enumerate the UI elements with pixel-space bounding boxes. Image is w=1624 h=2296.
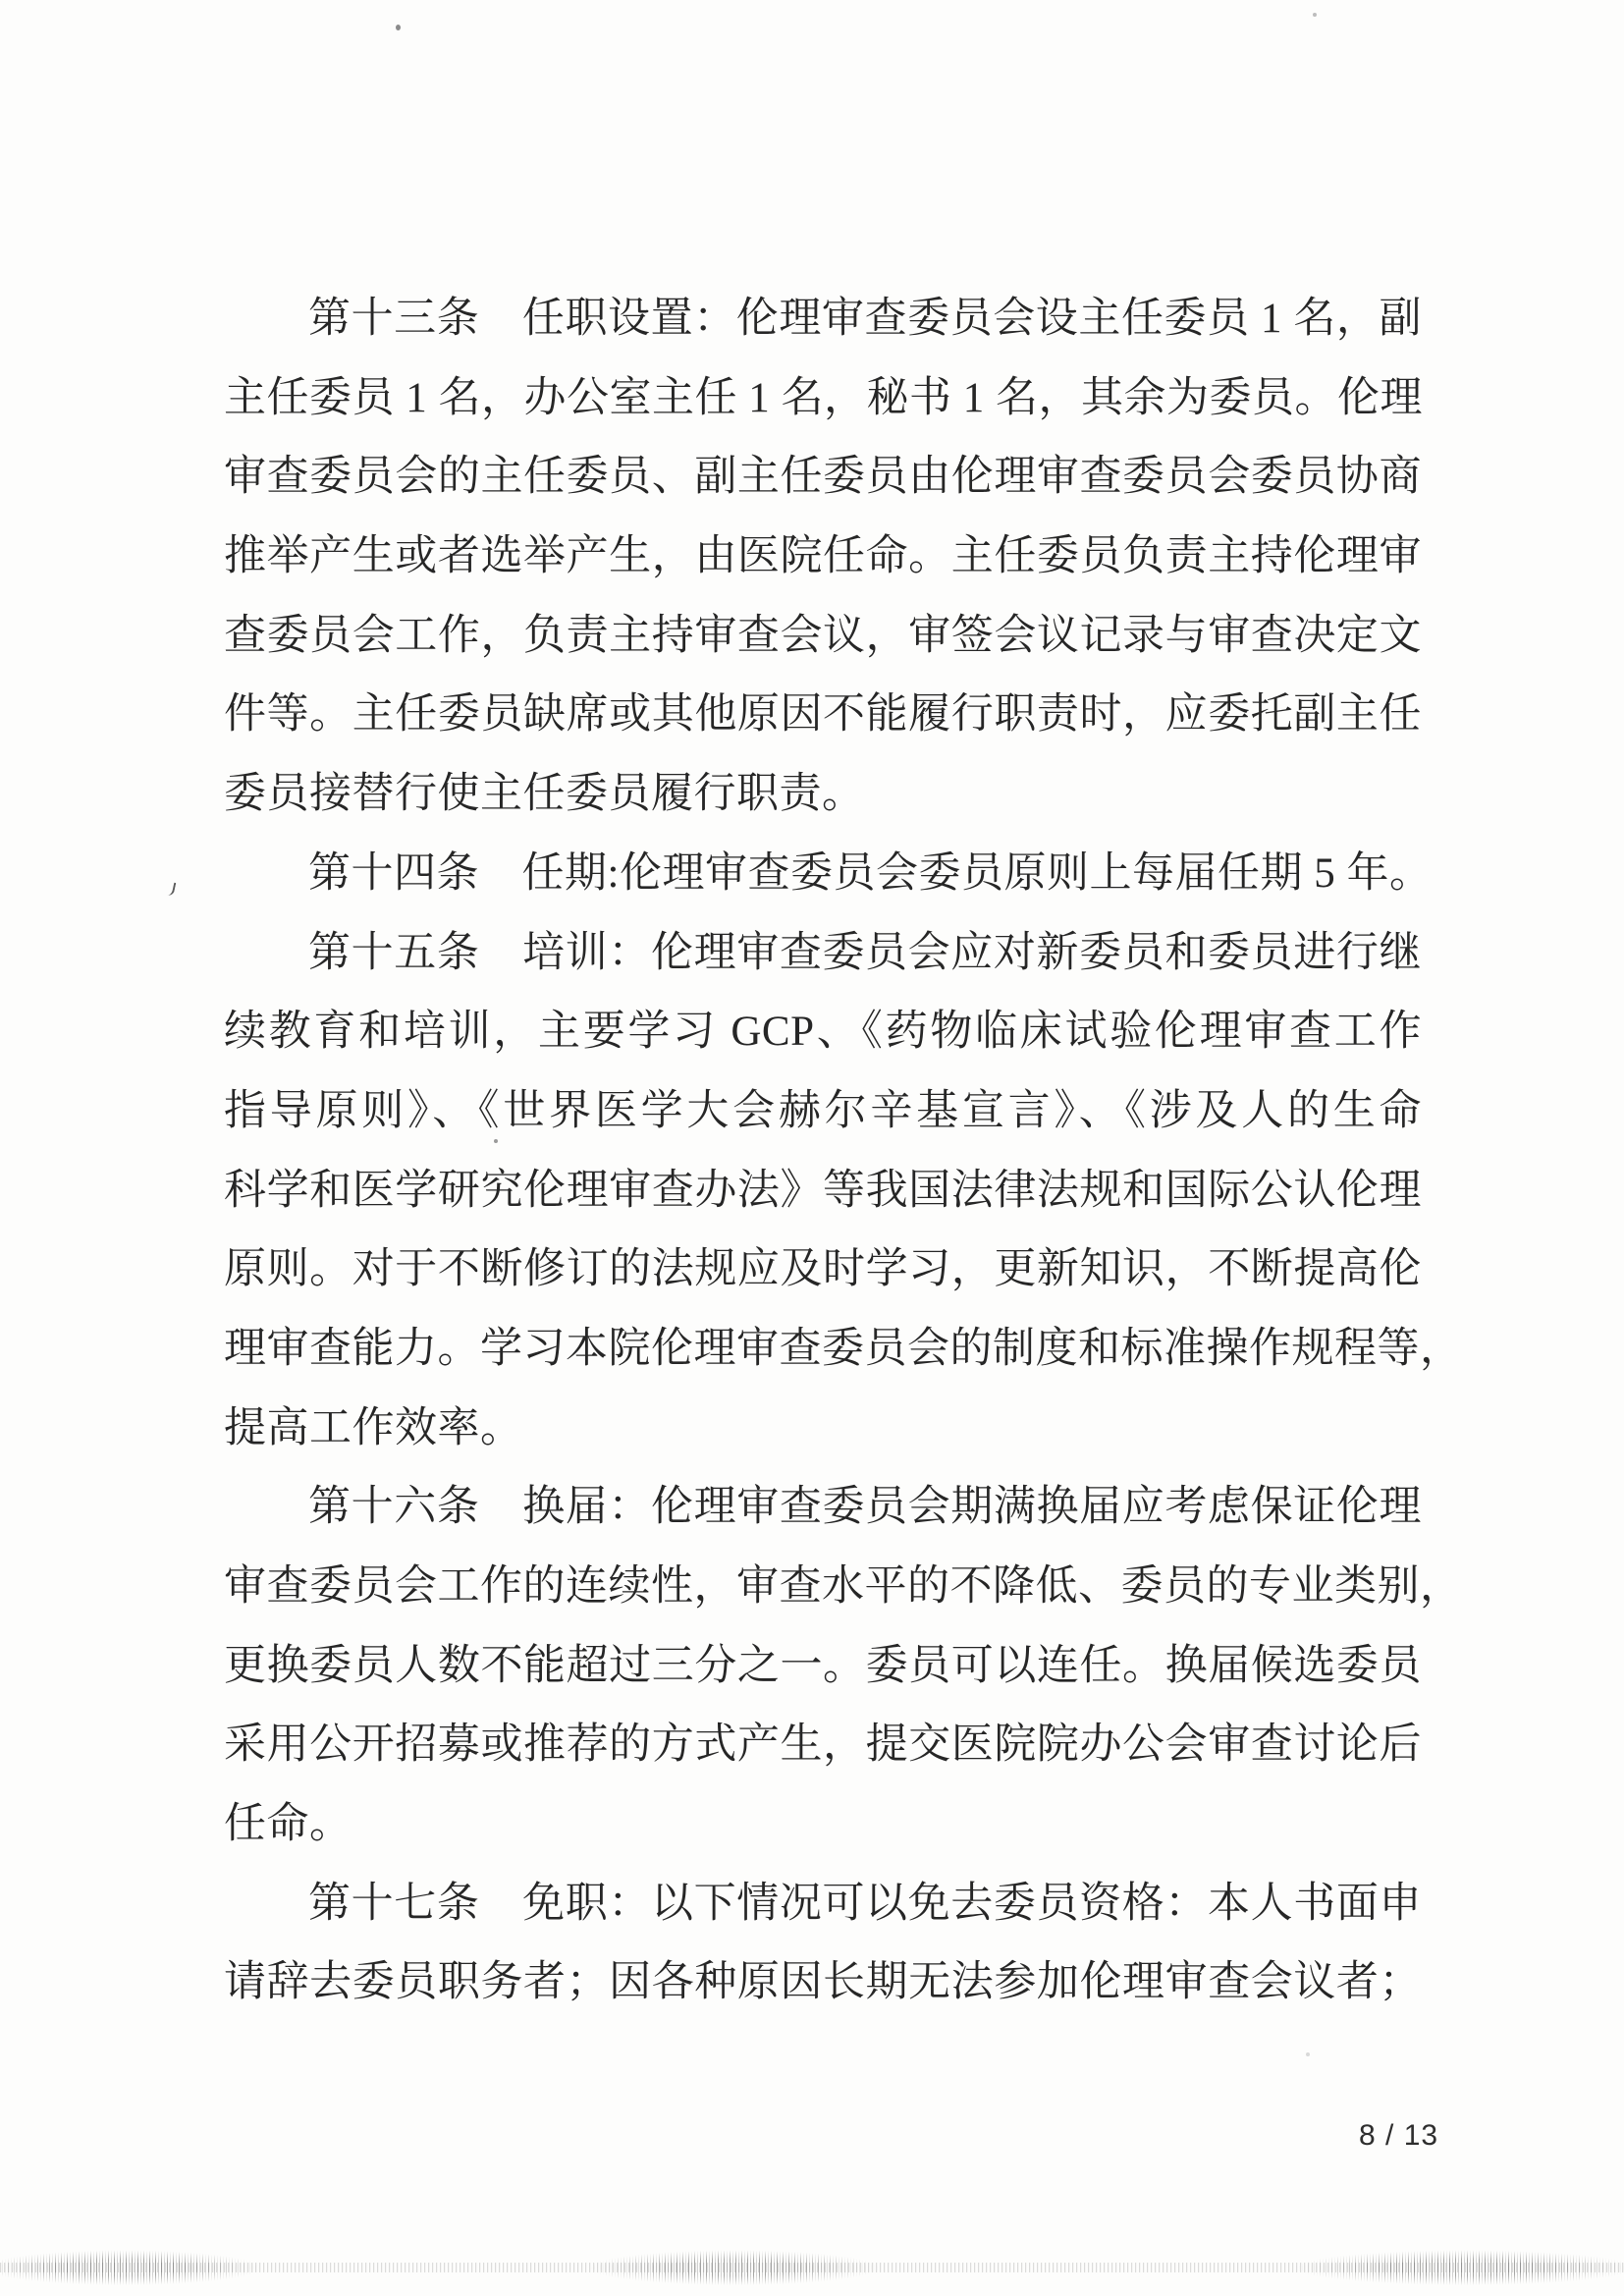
text-line: 更换委员人数不能超过三分之一。委员可以连任。换届候选委员 <box>224 1627 1422 1707</box>
text-line: 续教育和培训，主要学习 GCP、《药物临床试验伦理审查工作 <box>224 993 1422 1072</box>
scan-noise-band <box>0 2244 1624 2287</box>
document-body: 第十三条 任职设置：伦理审查委员会设主任委员 1 名，副 主任委员 1 名，办公… <box>224 280 1422 2023</box>
scan-noise-blob <box>565 2244 903 2287</box>
text-line: 主任委员 1 名，办公室主任 1 名，秘书 1 名，其余为委员。伦理 <box>224 359 1422 439</box>
text-line: 第十七条 免职：以下情况可以免去委员资格：本人书面申 <box>224 1865 1422 1944</box>
scan-noise-blob <box>0 2244 285 2287</box>
text-line: 第十四条 任期:伦理审查委员会委员原则上每届任期 5 年。 <box>224 835 1422 914</box>
text-line: 推举产生或者选举产生，由医院任命。主任委员负责主持伦理审 <box>224 518 1422 597</box>
scan-mark <box>166 881 177 896</box>
text-line: 审查委员会的主任委员、副主任委员由伦理审查委员会委员协商 <box>224 438 1422 518</box>
text-line: 理审查能力。学习本院伦理审查委员会的制度和标准操作规程等， <box>224 1310 1422 1390</box>
text-line: 查委员会工作，负责主持审查会议，审签会议记录与审查决定文 <box>224 597 1422 677</box>
scan-speck <box>396 25 401 30</box>
text-line: 采用公开招募或推荐的方式产生，提交医院院办公会审查讨论后 <box>224 1706 1422 1785</box>
text-line: 审查委员会工作的连续性，审查水平的不降低、委员的专业类别， <box>224 1548 1422 1627</box>
text-line: 第十三条 任职设置：伦理审查委员会设主任委员 1 名，副 <box>224 280 1422 359</box>
text-line: 任命。 <box>224 1785 1422 1865</box>
text-line: 件等。主任委员缺席或其他原因不能履行职责时，应委托副主任 <box>224 676 1422 755</box>
page-number: 8 / 13 <box>1359 2119 1438 2153</box>
text-line: 请辞去委员职务者；因各种原因长期无法参加伦理审查会议者； <box>224 1943 1422 2023</box>
scan-noise-blob <box>1267 2244 1624 2287</box>
text-line: 委员接替行使主任委员履行职责。 <box>224 755 1422 835</box>
scan-speck <box>1313 13 1317 17</box>
text-line: 提高工作效率。 <box>224 1390 1422 1469</box>
text-line: 第十六条 换届：伦理审查委员会期满换届应考虑保证伦理 <box>224 1468 1422 1548</box>
text-line: 第十五条 培训：伦理审查委员会应对新委员和委员进行继 <box>224 914 1422 994</box>
text-line: 科学和医学研究伦理审查办法》等我国法律法规和国际公认伦理 <box>224 1152 1422 1231</box>
text-line: 原则。对于不断修订的法规应及时学习，更新知识，不断提高伦 <box>224 1230 1422 1310</box>
scanned-document-page: 第十三条 任职设置：伦理审查委员会设主任委员 1 名，副 主任委员 1 名，办公… <box>0 0 1624 2296</box>
text-line: 指导原则》、《世界医学大会赫尔辛基宣言》、《涉及人的生命 <box>224 1072 1422 1152</box>
scan-speck <box>1306 2052 1310 2056</box>
